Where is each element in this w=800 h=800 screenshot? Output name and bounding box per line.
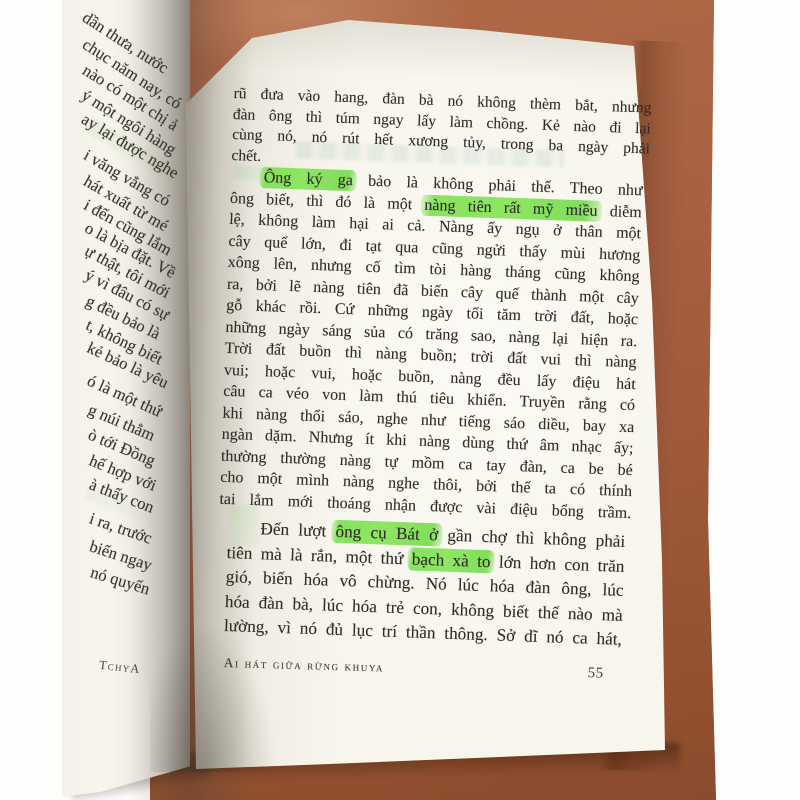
text-segment: lớn hơn con trăn: [490, 552, 624, 576]
text-segment: tiên mà là rắn, một thứ: [226, 543, 412, 568]
highlight-mark: bạch xà to: [407, 547, 495, 573]
paragraph: rũ đưa vào hang, đàn bà nó không thèm bắ…: [231, 84, 652, 181]
footer-title: Ai hát giữa rừng khuya: [224, 655, 385, 675]
text-segment: Đến lượt: [260, 519, 336, 541]
paragraph: Ông ký ga bảo là không phải thế. Theo nh…: [219, 166, 643, 524]
highlight-mark: Ông ký ga: [259, 167, 357, 191]
text-segment: diễm: [597, 202, 642, 221]
text-segment: gần chợ thì không phải: [438, 525, 626, 551]
page-number: 55: [587, 665, 603, 682]
text-segment: chết.: [231, 146, 261, 164]
page-text: rũ đưa vào hang, đàn bà nó không thèm bắ…: [215, 84, 652, 653]
highlight-mark: ông cụ Bát ở: [331, 520, 442, 547]
paragraph: Đến lượt ông cụ Bát ở gần chợ thì không …: [224, 516, 626, 652]
book-photo: { "colors":{ "table_fabric":"#a55e3d", "…: [0, 0, 800, 800]
